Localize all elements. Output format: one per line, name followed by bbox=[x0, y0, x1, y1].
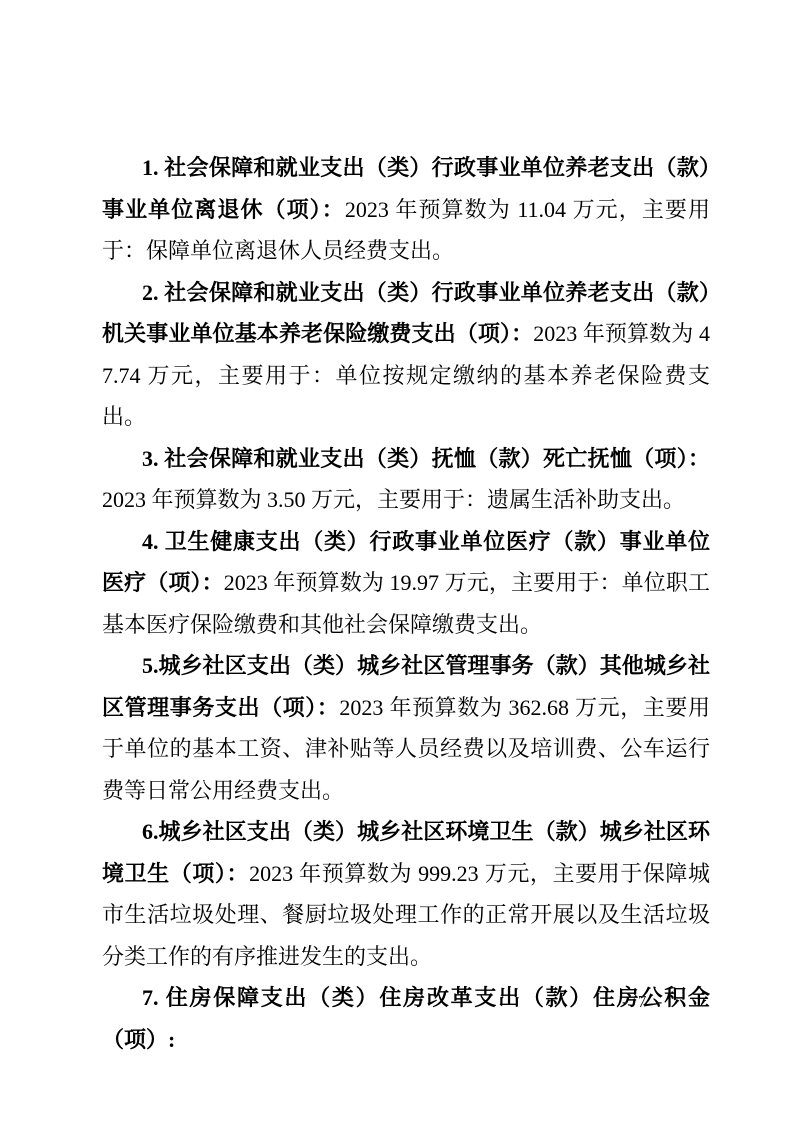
budget-paragraph-6: 6.城乡社区支出（类）城乡社区环境卫生（款）城乡社区环境卫生（项）：2023 年… bbox=[102, 811, 710, 977]
budget-item-text: 2023 年预算数为 3.50 万元，主要用于：遗属生活补助支出。 bbox=[102, 487, 685, 512]
budget-paragraph-7: 7. 住房保障支出（类）住房改革支出（款）住房公积金（项）: bbox=[102, 977, 710, 1060]
budget-item-heading: 3. 社会保障和就业支出（类）抚恤（款）死亡抚恤（项）： bbox=[142, 446, 710, 471]
budget-paragraph-1: 1. 社会保障和就业支出（类）行政事业单位养老支出（款）事业单位离退休（项）：2… bbox=[102, 147, 710, 272]
budget-paragraph-3: 3. 社会保障和就业支出（类）抚恤（款）死亡抚恤（项）：2023 年预算数为 3… bbox=[102, 438, 710, 521]
page-number: - 7 - bbox=[622, 992, 665, 1012]
budget-paragraph-4: 4. 卫生健康支出（类）行政事业单位医疗（款）事业单位医疗（项）：2023 年预… bbox=[102, 521, 710, 646]
budget-paragraph-5: 5.城乡社区支出（类）城乡社区管理事务（款）其他城乡社区管理事务支出（项）：20… bbox=[102, 645, 710, 811]
budget-paragraph-2: 2. 社会保障和就业支出（类）行政事业单位养老支出（款）机关事业单位基本养老保险… bbox=[102, 272, 710, 438]
document-page: 1. 社会保障和就业支出（类）行政事业单位养老支出（款）事业单位离退休（项）：2… bbox=[0, 0, 793, 1122]
document-body: 1. 社会保障和就业支出（类）行政事业单位养老支出（款）事业单位离退休（项）：2… bbox=[102, 147, 710, 1060]
budget-item-heading: 7. 住房保障支出（类）住房改革支出（款）住房公积金（项）: bbox=[102, 985, 710, 1052]
